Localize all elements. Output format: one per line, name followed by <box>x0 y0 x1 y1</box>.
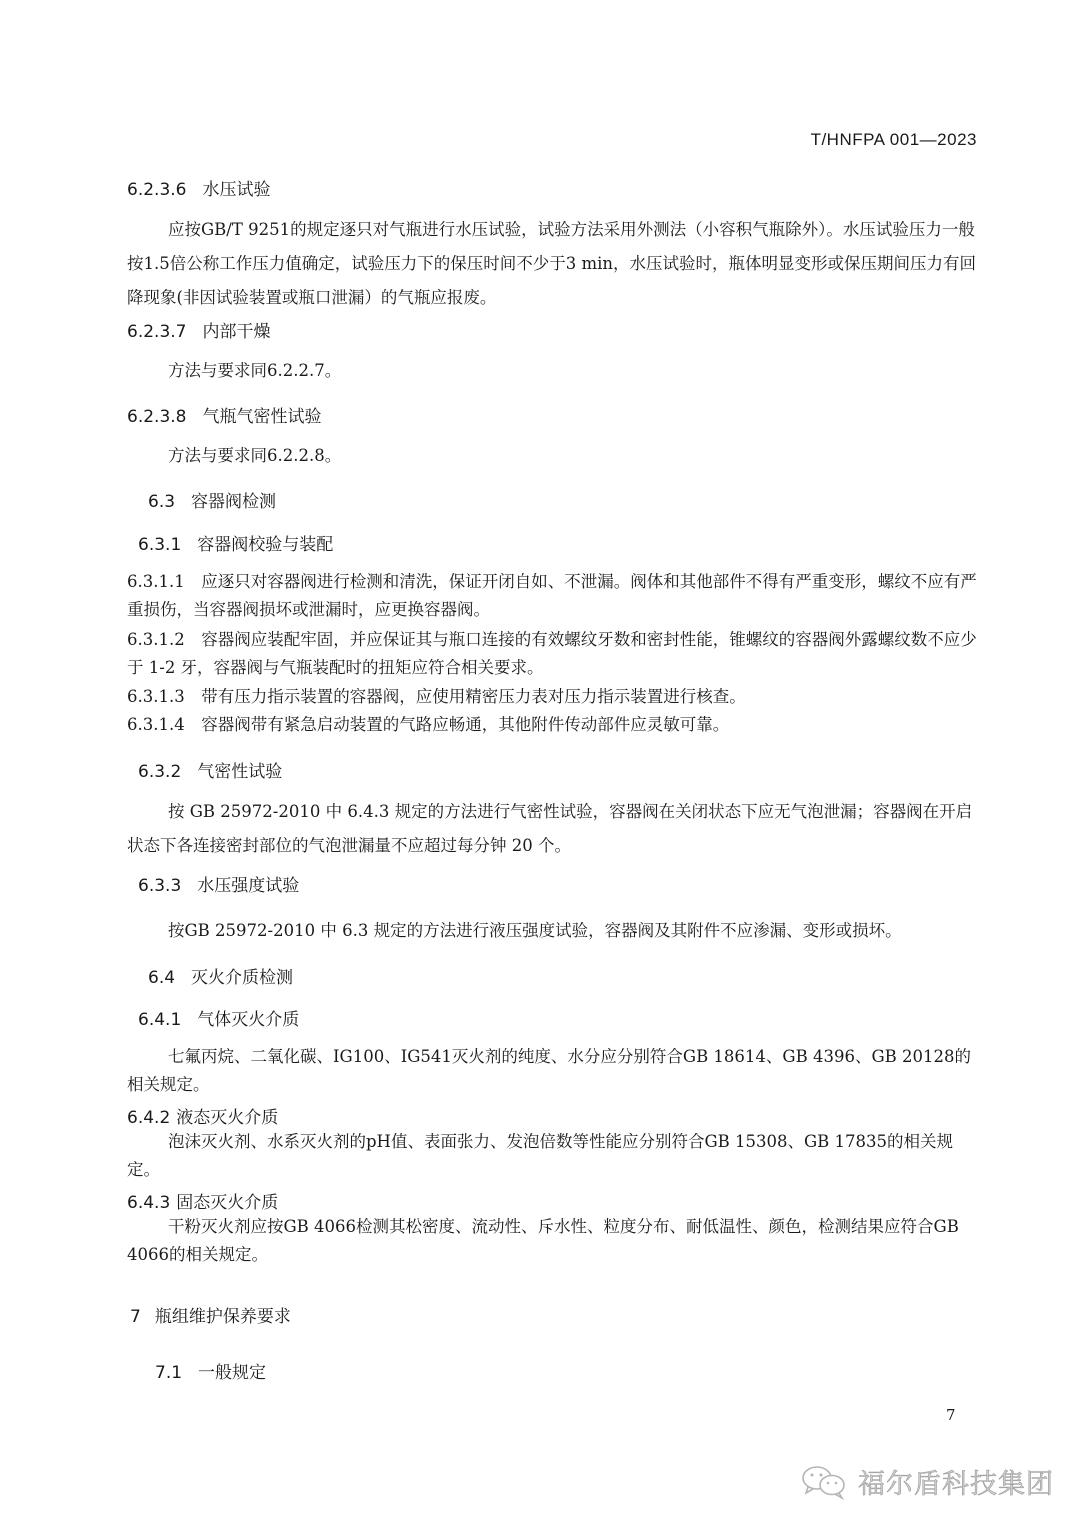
section-title: 内部干燥 <box>202 322 270 342</box>
wechat-icon <box>800 1464 848 1500</box>
section-heading: 6.2.3.7内部干燥 <box>127 317 270 342</box>
section-number: 6.3.2 <box>138 762 181 782</box>
section-title: 水压试验 <box>202 180 270 200</box>
watermark: 福尔盾科技集团 <box>800 1462 1054 1501</box>
section-heading: 6.4灭火介质检测 <box>148 963 293 988</box>
section-title: 液态灭火介质 <box>176 1108 278 1128</box>
paragraph: 方法与要求同6.2.2.8。 <box>168 439 1020 473</box>
section-heading: 6.3.1容器阀校验与装配 <box>138 530 333 555</box>
section-heading: 6.3.2气密性试验 <box>138 757 282 782</box>
section-title: 固态灭火介质 <box>176 1193 278 1213</box>
section-title: 容器阀校验与装配 <box>197 535 333 555</box>
section-number: 7 <box>130 1307 141 1327</box>
section-number: 6.3 <box>148 492 175 512</box>
section-number: 6.2.3.7 <box>127 322 186 342</box>
section-number: 6.2.3.6 <box>127 180 186 200</box>
paragraph: 应按GB/T 9251的规定逐只对气瓶进行水压试验，试验方法采用外测法（小容积气… <box>127 213 979 315</box>
section-number: 6.4.3 <box>127 1193 170 1213</box>
clause: 6.3.1.4 容器阀带有紧急启动装置的气路应畅通，其他附件传动部件应灵敏可靠。 <box>127 711 979 739</box>
paragraph: 方法与要求同6.2.2.7。 <box>168 354 1020 388</box>
clause: 6.3.1.2 容器阀应装配牢固，并应保证其与瓶口连接的有效螺纹牙数和密封性能，… <box>127 626 979 682</box>
paragraph: 按 GB 25972-2010 中 6.4.3 规定的方法进行气密性试验，容器阀… <box>127 795 979 863</box>
section-title: 气瓶气密性试验 <box>202 407 321 427</box>
section-title: 气体灭火介质 <box>197 1010 299 1030</box>
section-title: 瓶组维护保养要求 <box>155 1307 291 1327</box>
section-heading: 7.1一般规定 <box>155 1358 266 1383</box>
paragraph: 泡沫灭火剂、水系灭火剂的pH值、表面张力、发泡倍数等性能应分别符合GB 1530… <box>127 1128 979 1184</box>
clause: 6.3.1.1 应逐只对容器阀进行检测和清洗，保证开闭自如、不泄漏。阀体和其他部… <box>127 568 979 624</box>
section-heading: 6.2.3.6水压试验 <box>127 175 270 200</box>
page-number: 7 <box>946 1406 956 1424</box>
section-number: 6.4 <box>148 968 175 988</box>
section-heading: 6.3容器阀检测 <box>148 487 276 512</box>
section-number: 7.1 <box>155 1363 182 1383</box>
section-number: 6.2.3.8 <box>127 407 186 427</box>
section-number: 6.3.1 <box>138 535 181 555</box>
section-title: 一般规定 <box>198 1363 266 1383</box>
paragraph: 按GB 25972-2010 中 6.3 规定的方法进行液压强度试验，容器阀及其… <box>127 914 979 948</box>
section-title: 灭火介质检测 <box>191 968 293 988</box>
section-title: 气密性试验 <box>197 762 282 782</box>
watermark-text: 福尔盾科技集团 <box>858 1462 1054 1501</box>
section-heading: 6.3.3水压强度试验 <box>138 871 299 896</box>
section-heading: 6.4.1气体灭火介质 <box>138 1005 299 1030</box>
section-number: 6.4.1 <box>138 1010 181 1030</box>
paragraph: 干粉灭火剂应按GB 4066检测其松密度、流动性、斥水性、粒度分布、耐低温性、颜… <box>127 1213 979 1269</box>
section-title: 容器阀检测 <box>191 492 276 512</box>
section-number: 6.4.2 <box>127 1108 170 1128</box>
section-heading: 6.4.2液态灭火介质 <box>127 1103 278 1128</box>
section-number: 6.3.3 <box>138 876 181 896</box>
section-heading: 6.4.3固态灭火介质 <box>127 1188 278 1213</box>
paragraph: 七氟丙烷、二氧化碳、IG100、IG541灭火剂的纯度、水分应分别符合GB 18… <box>127 1043 979 1099</box>
section-heading: 6.2.3.8气瓶气密性试验 <box>127 402 321 427</box>
standard-code: T/HNFPA 001—2023 <box>811 130 977 150</box>
clause: 6.3.1.3 带有压力指示装置的容器阀，应使用精密压力表对压力指示装置进行核查… <box>127 683 979 711</box>
chapter-heading: 7瓶组维护保养要求 <box>130 1302 291 1327</box>
section-title: 水压强度试验 <box>197 876 299 896</box>
